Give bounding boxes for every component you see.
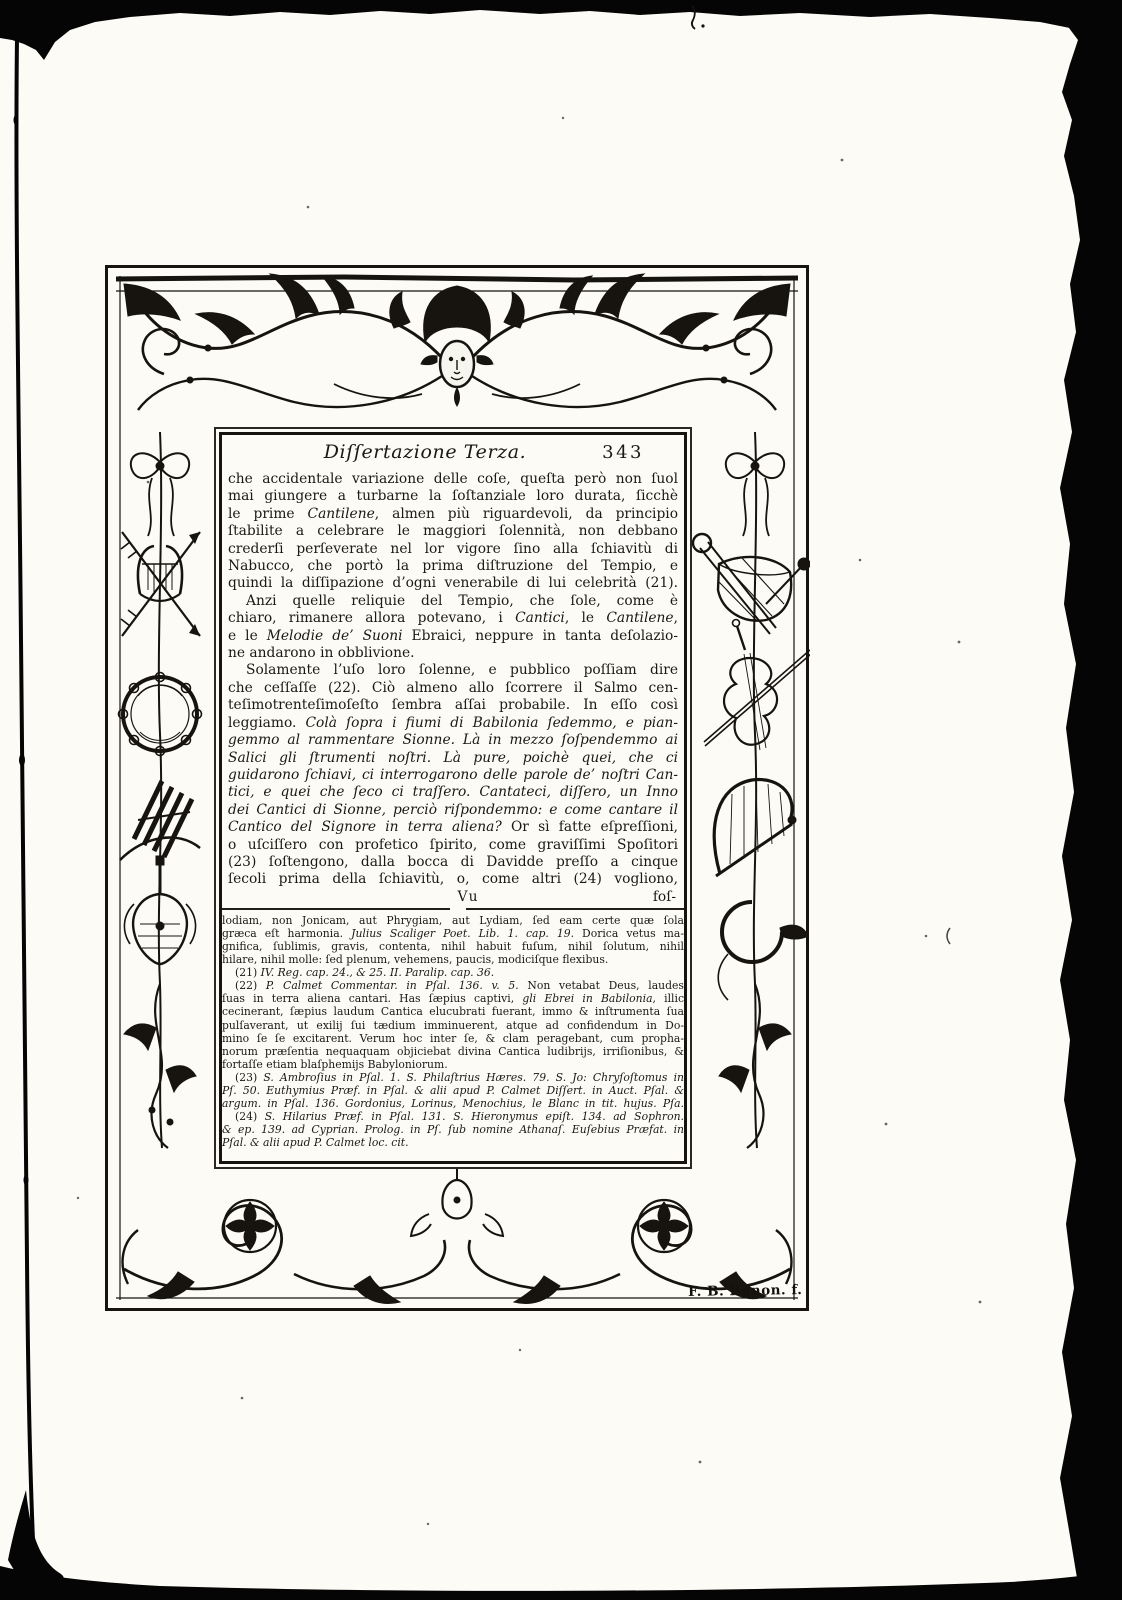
text-frame: Diſſertazione Terza. 343 che accidentale… (214, 427, 692, 1169)
page-header: Diſſertazione Terza. 343 (228, 441, 678, 465)
text-line: & ep. 139. ad Cyprian. Prolog. in Pſ. ſu… (222, 1123, 684, 1136)
text-line: chiaro, rimanere allora potevano, i Cant… (228, 610, 678, 627)
text-line: pulſaverant, ut exilij ſui tædium imminu… (222, 1019, 684, 1032)
text-line: gnifica, ſublimis, gravis, contenta, nih… (222, 940, 684, 953)
text-line: Pſal. & alii apud P. Calmet loc. cit. (222, 1136, 684, 1149)
footnotes: lodiam, non Jonicam, aut Phrygiam, aut L… (222, 914, 684, 1150)
catchword: foſ- (653, 889, 676, 905)
text-line: Salici gli ſtrumenti noſtri. Là pure, po… (228, 750, 678, 767)
text-line: (24) S. Hilarius Præf. in Pſal. 131. S. … (222, 1110, 684, 1123)
text-line: hilare, nihil molle: ſed plenum, vehemen… (222, 953, 684, 966)
text-line: Nabucco, che portò la prima diſtruzione … (228, 558, 678, 575)
trumpet-drum-icon (693, 534, 810, 634)
text-line: argum. in Pſal. 136. Gordonius, Lorinus,… (222, 1097, 684, 1110)
footnote-rule (222, 908, 684, 910)
text-line: cecinerant, ſæpius laudum Cantica elucub… (222, 1005, 684, 1018)
right-band-trophies (693, 432, 810, 1148)
text-line: che accidentale variazione delle coſe, q… (228, 471, 678, 488)
text-line: leggiamo. Colà ſopra i fiumi di Babiloni… (228, 715, 678, 732)
text-line: teſimotrenteſimoſeſto ſembra aſſai proba… (228, 697, 678, 714)
page-title: Diſſertazione Terza. (228, 441, 622, 463)
ink-mark-top (692, 6, 695, 29)
text-line: Cantico del Signore in terra aliena? Or … (228, 819, 678, 836)
text-line: fortaſſe etiam blaſphemijs Babyloniorum. (222, 1058, 684, 1071)
text-line: dei Cantici di Sionne, perciò riſpondemm… (228, 802, 678, 819)
text-frame-inner: Diſſertazione Terza. 343 che accidentale… (219, 432, 687, 1164)
text-line: ſuas in terra aliena cantari. Has ſæpius… (222, 992, 684, 1005)
text-line: mai giungere a turbarne la ſoſtanziale l… (228, 488, 678, 505)
page-number: 343 (602, 442, 644, 463)
text-line: gemmo al rammentare Sionne. Là in mezzo … (228, 732, 678, 749)
text-line: (21) IV. Reg. cap. 24., & 25. II. Parali… (222, 966, 684, 979)
gutter-flare (8, 1490, 64, 1582)
bottom-ornament (123, 1166, 792, 1303)
engraver-signature: F. B. Bonon. f. (688, 1282, 803, 1300)
ink-mark-margin (947, 928, 950, 944)
footnote-rule-right (466, 908, 684, 910)
text-line: Anzi quelle reliquie del Tempio, che ſol… (228, 593, 678, 610)
text-line: (22) P. Calmet Commentar. in Pſal. 136. … (222, 979, 684, 992)
bottom-center-cartouche (411, 1166, 503, 1236)
text-line: ſecoli prima della ſchiavitù, o, come al… (228, 871, 678, 888)
right-edge-shadow (1010, 0, 1122, 1600)
left-band-trophies (119, 432, 202, 1148)
text-line: norum præſentia nequaquam objiciebat div… (222, 1045, 684, 1058)
text-line: che ceſſaſſe (22). Ciò almeno allo ſcorr… (228, 680, 678, 697)
text-line: græca eſt harmonia. Julius Scaliger Poet… (222, 927, 684, 940)
text-line: (23) ſoſtengono, dalla bocca di Davidde … (228, 854, 678, 871)
text-line: quindi la diſſipazione d’ogni venerabile… (228, 575, 678, 592)
text-line: mino ſe ſe excitarent. Verum hoc inter ſ… (222, 1032, 684, 1045)
text-line: Solamente l’uſo loro ſolenne, e pubblico… (228, 662, 678, 679)
text-line: le prime Cantilene, almen più riguardevo… (228, 506, 678, 523)
text-line: crederſi perſeverate nel lor vigore ſino… (228, 541, 678, 558)
text-line: tici, e quei che ſeco ci traſſero. Canta… (228, 784, 678, 801)
top-edge-shadow (0, 0, 1122, 60)
bottom-edge-shadow (0, 1566, 1122, 1600)
text-line: ne andarono in obblivione. (228, 645, 678, 662)
body-text: che accidentale variazione delle coſe, q… (228, 471, 678, 889)
left-gutter-line (16, 38, 33, 1540)
text-line: e le Melodie de’ Suoni Ebraici, neppure … (228, 628, 678, 645)
text-line: Pſ. 50. Euthymius Præf. in Pſal. & alii … (222, 1084, 684, 1097)
text-line: guidarono ſchiavi, ci interrogarono dell… (228, 767, 678, 784)
signature-mark: Vu (458, 889, 480, 905)
catchline: Vu foſ- (228, 889, 678, 905)
text-line: (23) S. Ambroſius in Pſal. 1. S. Philaſt… (222, 1071, 684, 1084)
text-line: lodiam, non Jonicam, aut Phrygiam, aut L… (222, 914, 684, 927)
text-line: o uſciſſero con profetico ſpirito, come … (228, 837, 678, 854)
text-line: ſtabilite a celebrare le maggiori ſolenn… (228, 523, 678, 540)
top-ornament (124, 274, 790, 410)
footnote-rule-left (222, 908, 450, 910)
scanned-book-page: Diſſertazione Terza. 343 che accidentale… (0, 0, 1122, 1600)
